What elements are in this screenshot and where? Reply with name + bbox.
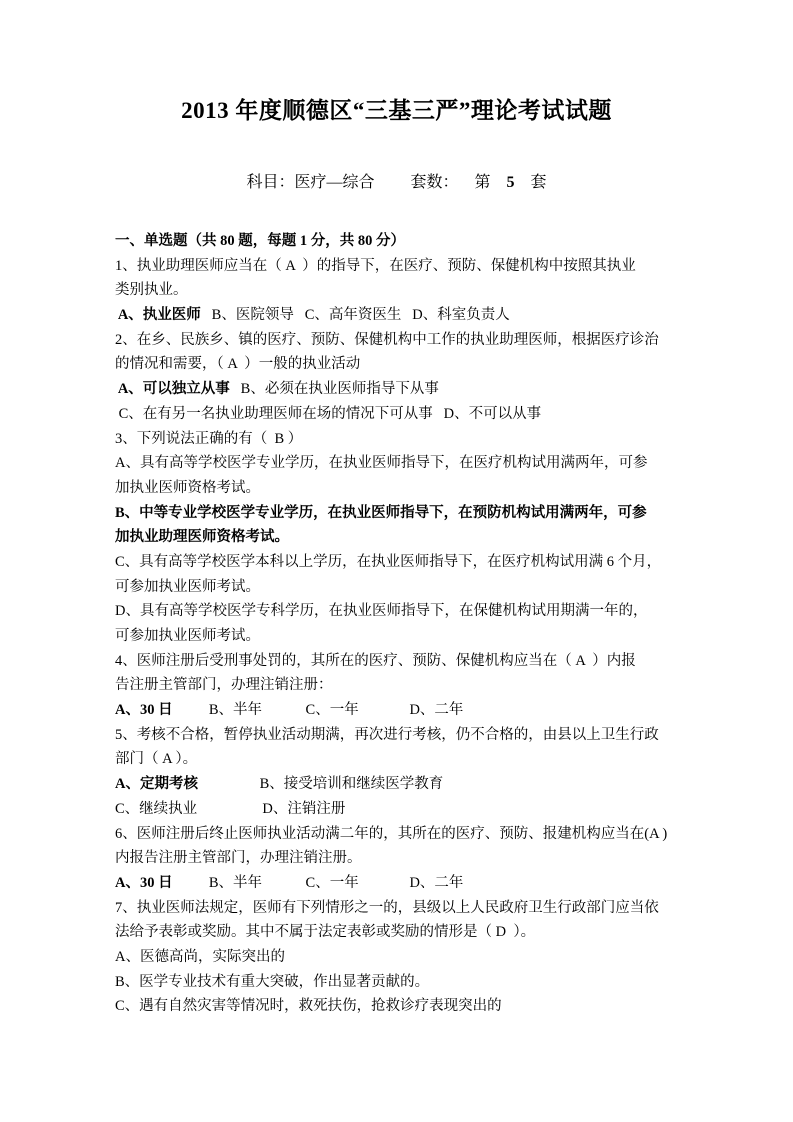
- text-segment: 法给予表彰或奖励。其中不属于法定表彰或奖励的情形是（ D ）。: [115, 924, 535, 940]
- document-page: 2013 年度顺德区“三基三严”理论考试试题 科目：医疗—综合 套数： 第 5 …: [0, 0, 793, 1122]
- document-title: 2013 年度顺德区“三基三严”理论考试试题: [0, 0, 793, 127]
- document-subtitle: 科目：医疗—综合 套数： 第 5 套: [0, 171, 793, 195]
- text-segment: 套: [515, 174, 547, 191]
- text-segment: 2、在乡、民族乡、镇的医疗、预防、保健机构中工作的执业助理医师，根据医疗诊治: [115, 332, 659, 348]
- text-segment: 1、执业助理医师应当在（ A ）的指导下，在医疗、预防、保健机构中按照其执业: [115, 258, 636, 274]
- text-line: B、医学专业技术有重大突破，作出显著贡献的。: [115, 970, 703, 995]
- text-line: 法给予表彰或奖励。其中不属于法定表彰或奖励的情形是（ D ）。: [115, 920, 703, 945]
- bold-text-segment: 加执业助理医师资格考试。: [115, 529, 289, 545]
- bold-text-segment: A、执业医师: [115, 307, 201, 323]
- text-line: 6、医师注册后终止医师执业活动满二年的，其所在的医疗、预防、报建机构应当在(A …: [115, 822, 703, 847]
- bold-text-segment: B、中等专业学校医学专业学历，在执业医师指导下，在预防机构试用满两年，可参: [115, 505, 647, 521]
- text-line: A、30 日 B、半年 C、一年 D、二年: [115, 871, 703, 896]
- text-segment: 7、执业医师法规定，医师有下列情形之一的，县级以上人民政府卫生行政部门应当依: [115, 900, 659, 916]
- text-line: 加执业医师资格考试。: [115, 476, 703, 501]
- text-segment: A、医德高尚，实际突出的: [115, 949, 285, 965]
- text-segment: A、具有高等学校医学专业学历，在执业医师指导下，在医疗机构试用满两年，可参: [115, 455, 647, 471]
- text-segment: 可参加执业医师考试。: [115, 579, 260, 595]
- text-line: 内报告注册主管部门，办理注销注册。: [115, 846, 703, 871]
- bold-text-segment: A、30 日: [115, 702, 173, 718]
- text-line: 3、下列说法正确的有（ B ）: [115, 427, 703, 452]
- text-segment: 可参加执业医师考试。: [115, 628, 260, 644]
- text-line: C、继续执业 D、注销注册: [115, 797, 703, 822]
- text-line: 一、单选题（共 80 题，每题 1 分，共 80 分）: [115, 229, 703, 254]
- text-line: 5、考核不合格，暂停执业活动期满，再次进行考核，仍不合格的，由县以上卫生行政: [115, 723, 703, 748]
- bold-text-segment: A、30 日: [115, 875, 173, 891]
- text-segment: 3、下列说法正确的有（ B ）: [115, 431, 302, 447]
- text-segment: C、在有另一名执业助理医师在场的情况下可从事 D、不可以从事: [115, 406, 541, 422]
- text-segment: B、半年 C、一年 D、二年: [173, 875, 464, 891]
- text-segment: 类别执业。: [115, 282, 188, 298]
- text-line: 加执业助理医师资格考试。: [115, 525, 703, 550]
- text-line: A、具有高等学校医学专业学历，在执业医师指导下，在医疗机构试用满两年，可参: [115, 451, 703, 476]
- text-line: 可参加执业医师考试。: [115, 575, 703, 600]
- text-line: A、定期考核 B、接受培训和继续医学教育: [115, 772, 703, 797]
- text-line: A、执业医师 B、医院领导 C、高年资医生 D、科室负责人: [115, 303, 703, 328]
- text-segment: C、遇有自然灾害等情况时，救死扶伤，抢救诊疗表现突出的: [115, 998, 502, 1014]
- text-segment: 科目：医疗—综合 套数： 第: [246, 174, 506, 191]
- text-line: B、中等专业学校医学专业学历，在执业医师指导下，在预防机构试用满两年，可参: [115, 501, 703, 526]
- text-segment: 4、医师注册后受刑事处罚的，其所在的医疗、预防、保健机构应当在（ A ）内报: [115, 653, 636, 669]
- bold-text-segment: A、可以独立从事: [115, 381, 230, 397]
- bold-text-segment: 一、单选题（共 80 题，每题 1 分，共 80 分）: [115, 233, 405, 249]
- text-line: C、具有高等学校医学本科以上学历，在执业医师指导下，在医疗机构试用满 6 个月，: [115, 550, 703, 575]
- text-segment: B、半年 C、一年 D、二年: [173, 702, 464, 718]
- text-line: 的情况和需要，（ A ）一般的执业活动: [115, 352, 703, 377]
- text-line: C、遇有自然灾害等情况时，救死扶伤，抢救诊疗表现突出的: [115, 994, 703, 1019]
- bold-text-segment: A、定期考核: [115, 776, 198, 792]
- text-segment: C、继续执业 D、注销注册: [115, 801, 345, 817]
- text-line: 告注册主管部门，办理注销注册：: [115, 673, 703, 698]
- text-line: C、在有另一名执业助理医师在场的情况下可从事 D、不可以从事: [115, 402, 703, 427]
- text-line: 1、执业助理医师应当在（ A ）的指导下，在医疗、预防、保健机构中按照其执业: [115, 254, 703, 279]
- bold-text-segment: 5: [507, 174, 515, 191]
- text-segment: B、接受培训和继续医学教育: [198, 776, 443, 792]
- text-line: 可参加执业医师考试。: [115, 624, 703, 649]
- text-line: A、30 日 B、半年 C、一年 D、二年: [115, 698, 703, 723]
- text-line: A、可以独立从事 B、必须在执业医师指导下从事: [115, 377, 703, 402]
- text-segment: 加执业医师资格考试。: [115, 480, 260, 496]
- text-line: 7、执业医师法规定，医师有下列情形之一的，县级以上人民政府卫生行政部门应当依: [115, 896, 703, 921]
- text-line: A、医德高尚，实际突出的: [115, 945, 703, 970]
- text-segment: B、医院领导 C、高年资医生 D、科室负责人: [201, 307, 510, 323]
- text-line: 类别执业。: [115, 278, 703, 303]
- text-segment: 5、考核不合格，暂停执业活动期满，再次进行考核，仍不合格的，由县以上卫生行政: [115, 727, 659, 743]
- question-body: 一、单选题（共 80 题，每题 1 分，共 80 分）1、执业助理医师应当在（ …: [115, 229, 703, 1019]
- text-segment: D、具有高等学校医学专科学历，在执业医师指导下，在保健机构试用期满一年的，: [115, 603, 647, 619]
- text-segment: B、必须在执业医师指导下从事: [230, 381, 439, 397]
- text-segment: 内报告注册主管部门，办理注销注册。: [115, 850, 362, 866]
- text-segment: 6、医师注册后终止医师执业活动满二年的，其所在的医疗、预防、报建机构应当在(A …: [115, 826, 667, 842]
- text-segment: B、医学专业技术有重大突破，作出显著贡献的。: [115, 974, 429, 990]
- text-line: 2、在乡、民族乡、镇的医疗、预防、保健机构中工作的执业助理医师，根据医疗诊治: [115, 328, 703, 353]
- text-segment: 部门（ A ）。: [115, 751, 197, 767]
- text-line: 部门（ A ）。: [115, 747, 703, 772]
- text-segment: C、具有高等学校医学本科以上学历，在执业医师指导下，在医疗机构试用满 6 个月，: [115, 554, 661, 570]
- text-segment: 的情况和需要，（ A ）一般的执业活动: [115, 356, 360, 372]
- text-segment: 告注册主管部门，办理注销注册：: [115, 677, 333, 693]
- text-line: 4、医师注册后受刑事处罚的，其所在的医疗、预防、保健机构应当在（ A ）内报: [115, 649, 703, 674]
- text-line: D、具有高等学校医学专科学历，在执业医师指导下，在保健机构试用期满一年的，: [115, 599, 703, 624]
